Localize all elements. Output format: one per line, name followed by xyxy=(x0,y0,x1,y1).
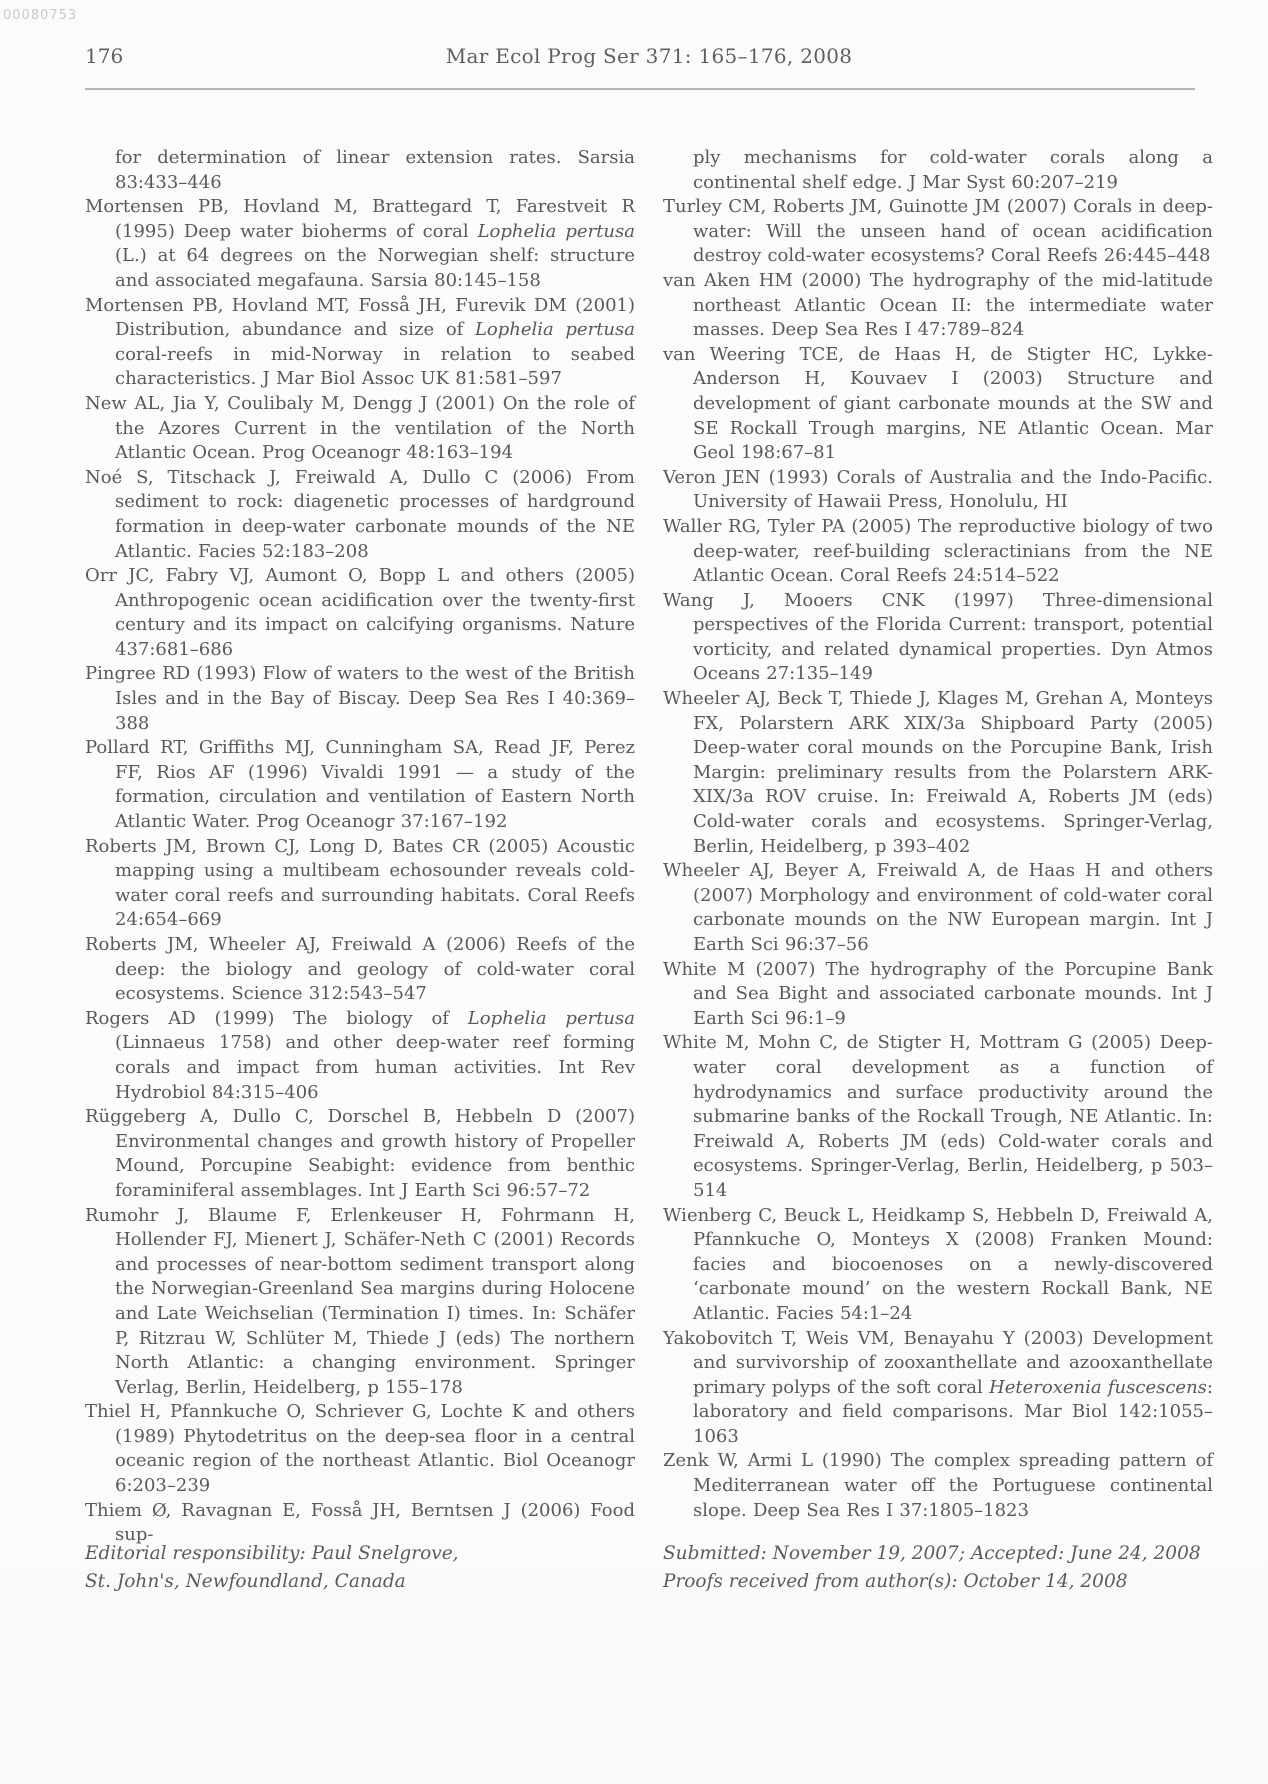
reference-text: Thiel H, Pfannkuche O, Schriever G, Loch… xyxy=(85,1401,635,1496)
reference-entry: New AL, Jia Y, Coulibaly M, Dengg J (200… xyxy=(85,392,635,466)
taxon-name: Lophelia pertusa xyxy=(468,1008,635,1029)
page-number: 176 xyxy=(85,44,123,68)
reference-entry: Roberts JM, Wheeler AJ, Freiwald A (2006… xyxy=(85,933,635,1007)
reference-text: White M, Mohn C, de Stigter H, Mottram G… xyxy=(663,1032,1213,1201)
taxon-name: Lophelia pertusa xyxy=(478,221,635,242)
reference-text: Wheeler AJ, Beyer A, Freiwald A, de Haas… xyxy=(663,860,1213,955)
reference-entry: Pingree RD (1993) Flow of waters to the … xyxy=(85,662,635,736)
running-title: Mar Ecol Prog Ser 371: 165–176, 2008 xyxy=(85,44,1213,68)
reference-text: Waller RG, Tyler PA (2005) The reproduct… xyxy=(663,516,1213,586)
reference-entry: Yakobovitch T, Weis VM, Benayahu Y (2003… xyxy=(663,1327,1213,1450)
reference-text: van Weering TCE, de Haas H, de Stigter H… xyxy=(663,344,1213,463)
taxon-name: Lophelia pertusa xyxy=(475,319,635,340)
reference-text: Wheeler AJ, Beck T, Thiede J, Klages M, … xyxy=(663,688,1213,857)
reference-text: Veron JEN (1993) Corals of Australia and… xyxy=(663,467,1213,513)
references-column-left: for determination of linear extension ra… xyxy=(85,146,635,1548)
reference-text: Rüggeberg A, Dullo C, Dorschel B, Hebbel… xyxy=(85,1106,635,1201)
reference-text: New AL, Jia Y, Coulibaly M, Dengg J (200… xyxy=(85,393,635,463)
reference-entry: Zenk W, Armi L (1990) The complex spread… xyxy=(663,1449,1213,1523)
reference-text: ply mechanisms for cold-water corals alo… xyxy=(693,147,1213,193)
reference-entry: Rüggeberg A, Dullo C, Dorschel B, Hebbel… xyxy=(85,1105,635,1203)
journal-page: 00080753 176 Mar Ecol Prog Ser 371: 165–… xyxy=(0,0,1268,1784)
reference-text: Wang J, Mooers CNK (1997) Three-dimensio… xyxy=(663,590,1213,685)
reference-entry: Turley CM, Roberts JM, Guinotte JM (2007… xyxy=(663,195,1213,269)
reference-entry: Pollard RT, Griffiths MJ, Cunningham SA,… xyxy=(85,736,635,834)
reference-text: Rumohr J, Blaume F, Erlenkeuser H, Fohrm… xyxy=(85,1205,635,1398)
reference-entry: Orr JC, Fabry VJ, Aumont O, Bopp L and o… xyxy=(85,564,635,662)
reference-text: Wienberg C, Beuck L, Heidkamp S, Hebbeln… xyxy=(663,1205,1213,1324)
reference-text: Thiem Ø, Ravagnan E, Fosså JH, Berntsen … xyxy=(85,1500,635,1546)
header-rule xyxy=(85,88,1195,90)
reference-text: Roberts JM, Brown CJ, Long D, Bates CR (… xyxy=(85,836,635,931)
reference-text: van Aken HM (2000) The hydrography of th… xyxy=(663,270,1213,340)
submission-dates: Submitted: November 19, 2007; Accepted: … xyxy=(663,1540,1213,1596)
reference-entry: for determination of linear extension ra… xyxy=(85,146,635,195)
reference-text: Orr JC, Fabry VJ, Aumont O, Bopp L and o… xyxy=(85,565,635,660)
reference-text: Roberts JM, Wheeler AJ, Freiwald A (2006… xyxy=(85,934,635,1004)
scan-artifact-number: 00080753 xyxy=(3,8,77,23)
page-header: 176 Mar Ecol Prog Ser 371: 165–176, 2008 xyxy=(85,44,1213,70)
reference-entry: White M (2007) The hydrography of the Po… xyxy=(663,958,1213,1032)
dates-line-1: Submitted: November 19, 2007; Accepted: … xyxy=(663,1540,1213,1568)
reference-entry: Noé S, Titschack J, Freiwald A, Dullo C … xyxy=(85,466,635,564)
reference-text: (L.) at 64 degrees on the Norwegian shel… xyxy=(115,245,635,291)
dates-line-2: Proofs received from author(s): October … xyxy=(663,1568,1213,1596)
reference-text: (Linnaeus 1758) and other deep-water ree… xyxy=(115,1032,635,1102)
reference-entry: Veron JEN (1993) Corals of Australia and… xyxy=(663,466,1213,515)
reference-entry: Rumohr J, Blaume F, Erlenkeuser H, Fohrm… xyxy=(85,1204,635,1401)
reference-entry: van Aken HM (2000) The hydrography of th… xyxy=(663,269,1213,343)
reference-text: Turley CM, Roberts JM, Guinotte JM (2007… xyxy=(663,196,1213,266)
reference-entry: Mortensen PB, Hovland M, Brattegard T, F… xyxy=(85,195,635,293)
references-section: for determination of linear extension ra… xyxy=(85,146,1213,1548)
references-column-right: ply mechanisms for cold-water corals alo… xyxy=(663,146,1213,1523)
editorial-line-1: Editorial responsibility: Paul Snelgrove… xyxy=(85,1540,635,1568)
reference-entry: Rogers AD (1999) The biology of Lophelia… xyxy=(85,1007,635,1105)
reference-text: for determination of linear extension ra… xyxy=(115,147,635,193)
reference-entry: Wang J, Mooers CNK (1997) Three-dimensio… xyxy=(663,589,1213,687)
reference-text: Pingree RD (1993) Flow of waters to the … xyxy=(85,663,635,733)
reference-entry: Wheeler AJ, Beyer A, Freiwald A, de Haas… xyxy=(663,859,1213,957)
reference-entry: ply mechanisms for cold-water corals alo… xyxy=(663,146,1213,195)
editorial-line-2: St. John's, Newfoundland, Canada xyxy=(85,1568,635,1596)
reference-text: Noé S, Titschack J, Freiwald A, Dullo C … xyxy=(85,467,635,562)
reference-text: coral-reefs in mid-Norway in relation to… xyxy=(115,344,635,390)
taxon-name: Heteroxenia fuscescens xyxy=(989,1377,1207,1398)
reference-text: Pollard RT, Griffiths MJ, Cunningham SA,… xyxy=(85,737,635,832)
reference-text: White M (2007) The hydrography of the Po… xyxy=(663,959,1213,1029)
reference-text: Zenk W, Armi L (1990) The complex spread… xyxy=(663,1450,1213,1520)
reference-entry: Roberts JM, Brown CJ, Long D, Bates CR (… xyxy=(85,835,635,933)
reference-entry: van Weering TCE, de Haas H, de Stigter H… xyxy=(663,343,1213,466)
reference-entry: Waller RG, Tyler PA (2005) The reproduct… xyxy=(663,515,1213,589)
reference-entry: Wienberg C, Beuck L, Heidkamp S, Hebbeln… xyxy=(663,1204,1213,1327)
page-footer: Editorial responsibility: Paul Snelgrove… xyxy=(85,1540,1213,1596)
reference-entry: Wheeler AJ, Beck T, Thiede J, Klages M, … xyxy=(663,687,1213,859)
reference-entry: Thiel H, Pfannkuche O, Schriever G, Loch… xyxy=(85,1400,635,1498)
editorial-responsibility: Editorial responsibility: Paul Snelgrove… xyxy=(85,1540,635,1596)
reference-text: Rogers AD (1999) The biology of xyxy=(85,1008,468,1029)
reference-entry: White M, Mohn C, de Stigter H, Mottram G… xyxy=(663,1031,1213,1203)
reference-entry: Mortensen PB, Hovland MT, Fosså JH, Fure… xyxy=(85,294,635,392)
